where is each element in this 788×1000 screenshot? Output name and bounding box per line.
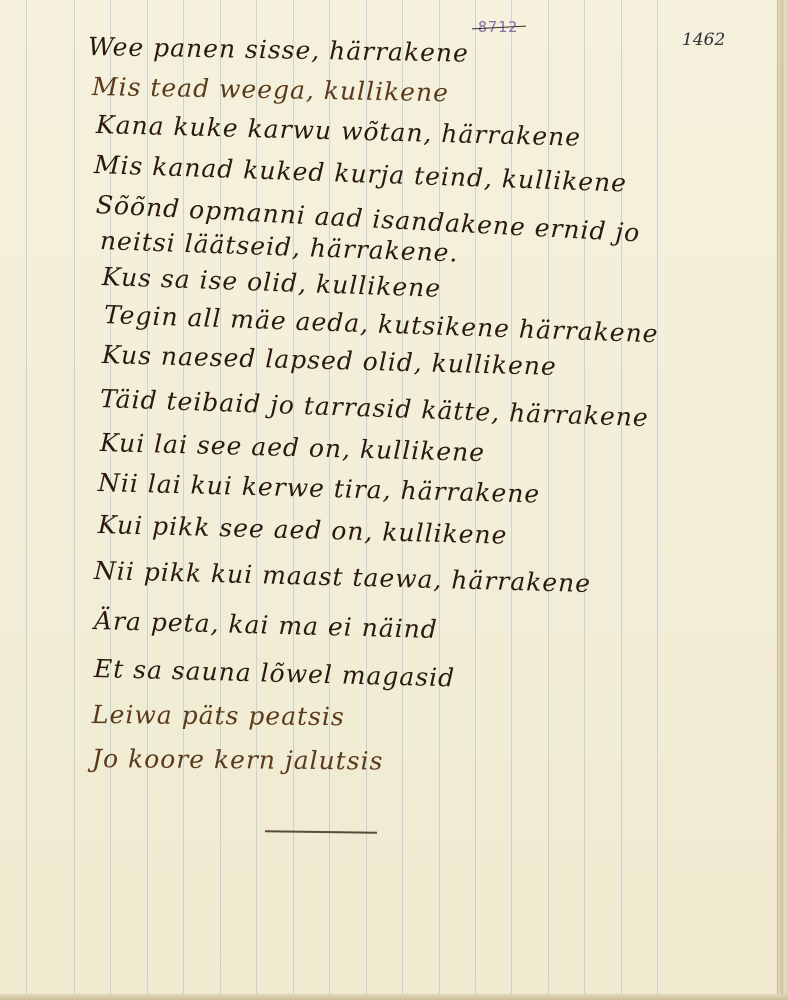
end-divider-line [265,830,377,834]
text-line-8: Tegin all mäe aeda, kutsikene härrakene [103,300,659,348]
rule-line [74,0,75,1000]
rule-line [584,0,585,1000]
rule-line [621,0,622,1000]
text-line-18: Jo koore kern jalutsis [92,744,384,776]
text-line-15: Ära peta, kai ma ei näind [94,606,439,644]
text-line-17: Leiwa päts peatsis [92,700,345,731]
text-line-2: Mis tead weega, kullikene [92,72,449,107]
text-line-7: Kus sa ise olid, kullikene [101,262,441,303]
manuscript-page: 8712 1462 Wee panen sisse, härrakene Mis… [0,0,788,1000]
page-bottom-edge [0,994,788,1000]
text-line-9: Kus naesed lapsed olid, kullikene [102,340,557,381]
text-line-11: Kui lai see aed on, kullikene [100,428,486,467]
text-line-3: Kana kuke karwu wõtan, härrakene [96,110,582,152]
folio-number: 1462 [682,30,725,50]
archive-stamp: 8712 [478,18,518,36]
text-line-13: Kui pikk see aed on, kullikene [98,510,508,550]
rule-line [26,0,27,1000]
text-line-1: Wee panen sisse, härrakene [88,32,469,68]
text-line-14: Nii pikk kui maast taewa, härrakene [94,556,592,598]
rule-line [147,0,148,1000]
page-edge [777,0,788,1000]
rule-line [657,0,658,1000]
text-line-10: Täid teibaid jo tarrasid kätte, härraken… [99,384,649,432]
rule-line [183,0,184,1000]
